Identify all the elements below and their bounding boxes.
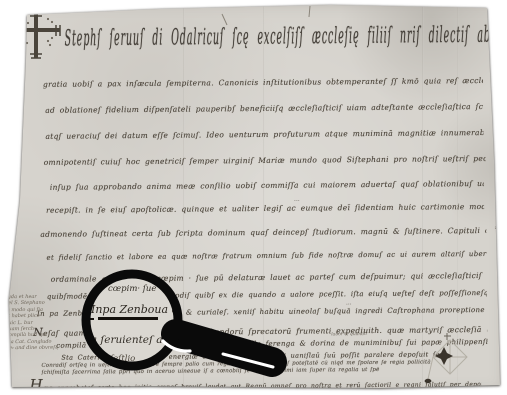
lens-text-line: cœpim· ſue	[108, 284, 156, 294]
magnifier-icon: cœpim· ſue Inpa Zenboua &g na ſeruienteſ…	[0, 0, 507, 395]
manuscript-scan: Stephſ ſeruuſ di Odalricuſ ſcę excelſiſſ…	[0, 0, 507, 395]
lens-underline	[98, 317, 158, 320]
magnifier-handle	[176, 334, 272, 362]
